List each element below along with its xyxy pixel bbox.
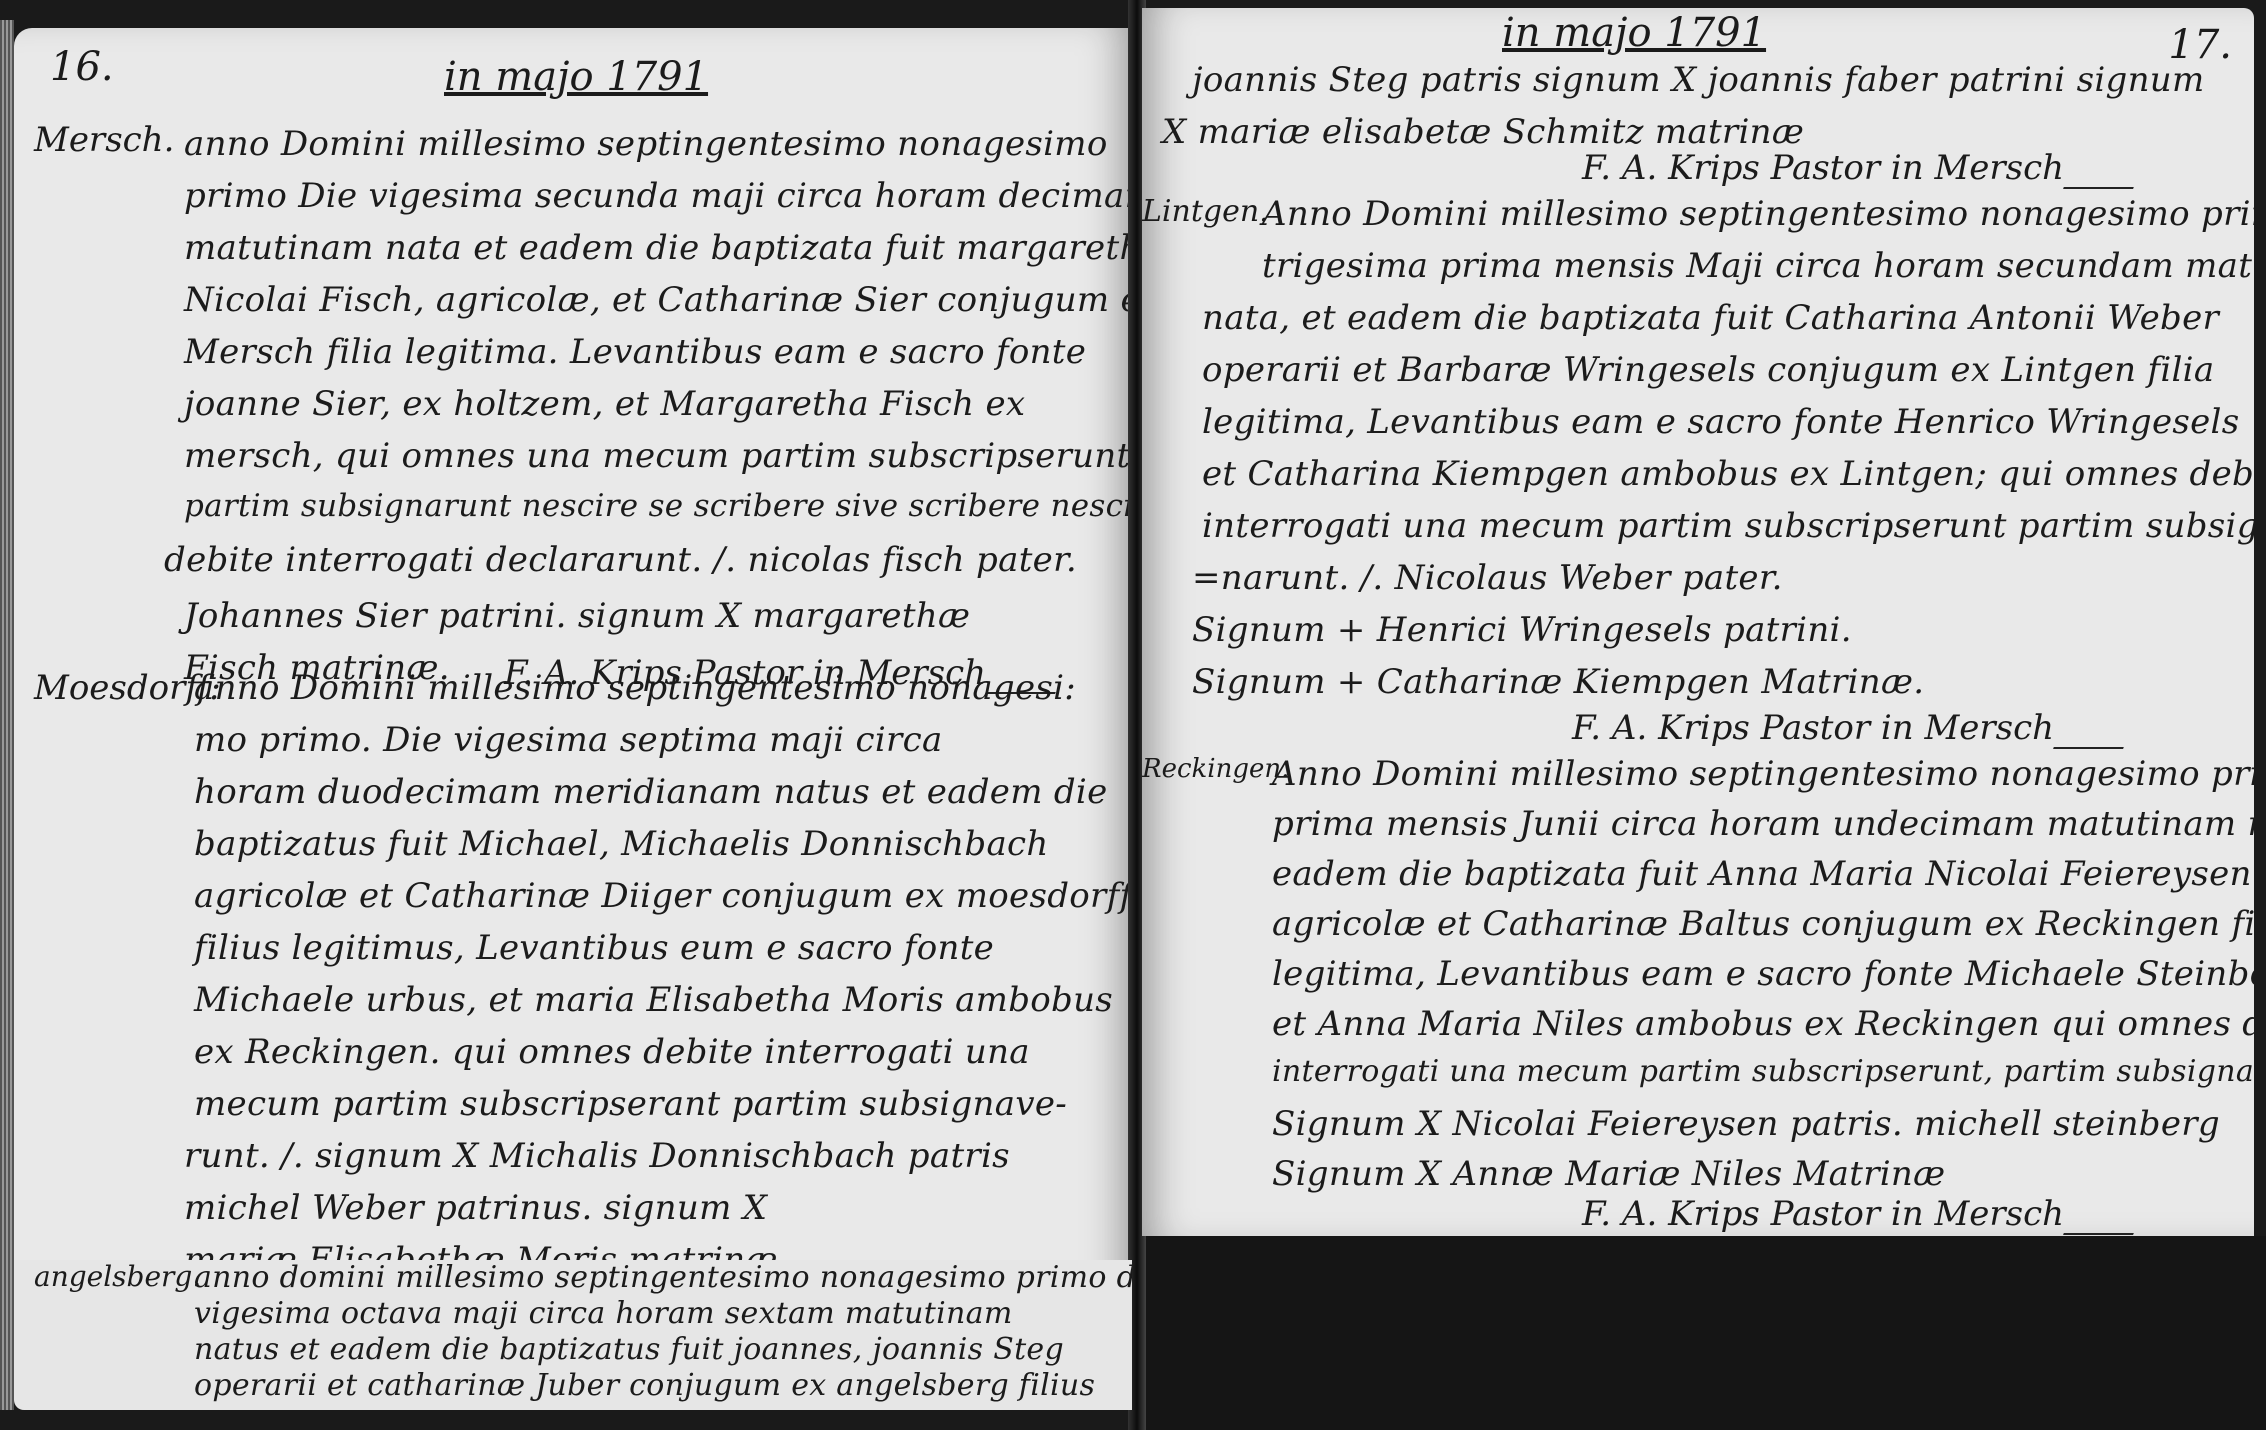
entry-line: Anno Domini millesimo septingentesimo no… bbox=[1272, 754, 2254, 794]
entry-line: interrogati una mecum partim subscripser… bbox=[1272, 1054, 2254, 1089]
entry-line: =narunt. /. Nicolaus Weber pater. bbox=[1192, 558, 1783, 598]
entry-line: debite interrogati declararunt. /. nicol… bbox=[164, 540, 1077, 580]
baptism-entry-angelsberg: angelsberg. anno domini millesimo septin… bbox=[14, 1260, 1132, 1410]
right-page: in majo 1791 17. joannis Steg patris sig… bbox=[1142, 8, 2254, 1236]
entry-line: nata, et eadem die baptizata fuit Cathar… bbox=[1202, 298, 2219, 338]
left-page: 16. in majo 1791 Mersch. anno Domini mil… bbox=[14, 28, 1132, 1398]
entry-line: michel Weber patrinus. signum X bbox=[184, 1188, 767, 1228]
entry-line: trigesima prima mensis Maji circa horam … bbox=[1262, 246, 2254, 286]
entry-line: Signum X Annæ Mariæ Niles Matrinæ bbox=[1272, 1154, 1945, 1194]
entry-line: mecum partim subscripserant partim subsi… bbox=[194, 1084, 1067, 1124]
entry-line: horam duodecimam meridianam natus et ead… bbox=[194, 772, 1108, 812]
entry-line: eadem die baptizata fuit Anna Maria Nico… bbox=[1272, 854, 2252, 894]
scan-background bbox=[1146, 1236, 2266, 1430]
entry-line: mo primo. Die vigesima septima maji circ… bbox=[194, 720, 943, 760]
entry-line: joanne Sier, ex holtzem, et Margaretha F… bbox=[184, 384, 1025, 424]
signature-text: F. A. Krips Pastor in Mersch bbox=[1582, 148, 2064, 188]
entry-place: Mersch. bbox=[34, 120, 174, 160]
entry-line: operarii et Barbaræ Wringesels conjugum … bbox=[1202, 350, 2214, 390]
entry-line: Signum + Catharinæ Kiempgen Matrinæ. bbox=[1192, 662, 1924, 702]
entry-place: Lintgen. bbox=[1142, 194, 1269, 229]
signature-flourish-icon bbox=[2053, 711, 2137, 749]
entry-line: matutinam nata et eadem die baptizata fu… bbox=[184, 228, 1132, 268]
entry-line: agricolæ et Catharinæ Diiger conjugum ex… bbox=[194, 876, 1132, 916]
pastor-signature: F. A. Krips Pastor in Mersch bbox=[1582, 1194, 2140, 1235]
entry-line: legitima, Levantibus eam e sacro fonte M… bbox=[1272, 954, 2254, 994]
entry-line: natus et eadem die baptizatus fuit joann… bbox=[194, 1332, 1064, 1367]
signature-flourish-icon bbox=[2063, 1197, 2147, 1235]
entry-line: runt. /. signum X Michalis Donnischbach … bbox=[184, 1136, 1010, 1176]
entry-line: et Anna Maria Niles ambobus ex Reckingen… bbox=[1272, 1004, 2254, 1044]
entry-line: legitima, Levantibus eam e sacro fonte H… bbox=[1202, 402, 2239, 442]
pastor-signature: F. A. Krips Pastor in Mersch bbox=[1572, 708, 2130, 749]
entry-line: Nicolai Fisch, agricolæ, et Catharinæ Si… bbox=[184, 280, 1132, 320]
entry-line: vigesima octava maji circa horam sextam … bbox=[194, 1296, 1013, 1331]
entry-line: Anno Domini millesimo septingentesimo no… bbox=[1262, 194, 2254, 234]
entry-line: anno Domini millesimo septingentesimo no… bbox=[184, 124, 1108, 164]
entry-place: angelsberg. bbox=[34, 1260, 201, 1293]
signature-flourish-icon bbox=[2063, 151, 2147, 189]
pastor-signature: F. A. Krips Pastor in Mersch bbox=[1582, 148, 2140, 189]
entry-line: agricolæ et Catharinæ Baltus conjugum ex… bbox=[1272, 904, 2254, 944]
continuation-line: X mariæ elisabetæ Schmitz matrinæ bbox=[1162, 112, 1804, 152]
entry-line: interrogati una mecum partim subscripser… bbox=[1202, 506, 2254, 546]
entry-line: partim subsignarunt nescire se scribere … bbox=[184, 488, 1132, 524]
entry-line: Signum + Henrici Wringesels patrini. bbox=[1192, 610, 1852, 650]
entry-line: anno Domini millesimo septingentesimo no… bbox=[194, 668, 1076, 708]
entry-line: prima mensis Junii circa horam undecimam… bbox=[1272, 804, 2254, 844]
entry-line: primo Die vigesima secunda maji circa ho… bbox=[184, 176, 1132, 216]
continuation-line: joannis Steg patris signum X joannis fab… bbox=[1192, 60, 2205, 100]
signature-text: F. A. Krips Pastor in Mersch bbox=[1572, 708, 2054, 748]
entry-line: Signum X Nicolai Feiereysen patris. mich… bbox=[1272, 1104, 2220, 1144]
entry-line: Michaele urbus, et maria Elisabetha Mori… bbox=[194, 980, 1113, 1020]
entry-place: Moesdorff: bbox=[34, 668, 221, 708]
entry-line: Johannes Sier patrini. signum X margaret… bbox=[184, 596, 970, 636]
page-header-date: in majo 1791 bbox=[1502, 10, 1766, 56]
entry-line: anno domini millesimo septingentesimo no… bbox=[194, 1260, 1132, 1295]
entry-line: Mersch filia legitima. Levantibus eam e … bbox=[184, 332, 1086, 372]
book-page-edges bbox=[0, 20, 14, 1410]
entry-line: operarii et catharinæ Juber conjugum ex … bbox=[194, 1368, 1095, 1403]
open-register-book: 16. in majo 1791 Mersch. anno Domini mil… bbox=[0, 0, 2266, 1430]
page-header-date: in majo 1791 bbox=[444, 54, 708, 100]
page-number: 16. bbox=[50, 44, 114, 90]
signature-text: F. A. Krips Pastor in Mersch bbox=[1582, 1194, 2064, 1234]
entry-line: filius legitimus, Levantibus eum e sacro… bbox=[194, 928, 994, 968]
entry-line: ex Reckingen. qui omnes debite interroga… bbox=[194, 1032, 1030, 1072]
entry-place: Reckingen. bbox=[1142, 754, 1289, 784]
entry-line: mersch, qui omnes una mecum partim subsc… bbox=[184, 436, 1132, 476]
entry-line: baptizatus fuit Michael, Michaelis Donni… bbox=[194, 824, 1049, 864]
entry-line: et Catharina Kiempgen ambobus ex Lintgen… bbox=[1202, 454, 2254, 494]
